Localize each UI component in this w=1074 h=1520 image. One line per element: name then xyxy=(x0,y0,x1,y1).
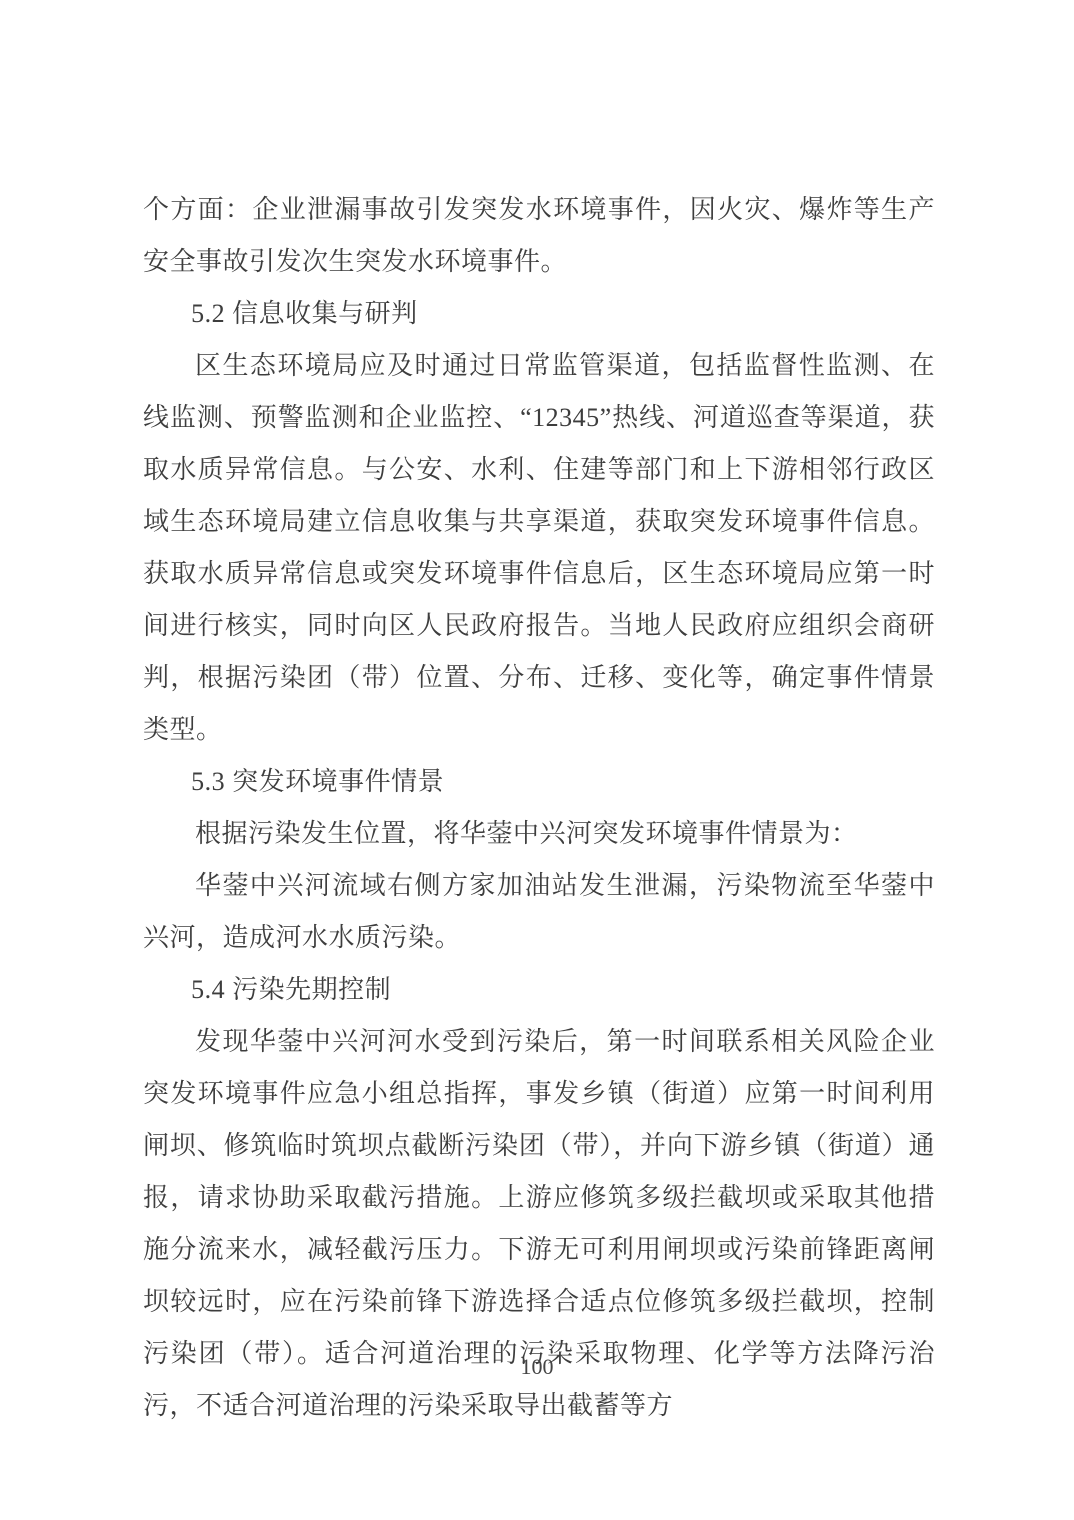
paragraph: 华蓥中兴河流域右侧方家加油站发生泄漏，污染物流至华蓥中兴河，造成河水水质污染。 xyxy=(143,860,935,964)
paragraph: 区生态环境局应及时通过日常监管渠道，包括监督性监测、在线监测、预警监测和企业监控… xyxy=(143,340,935,756)
section-heading: 5.3 突发环境事件情景 xyxy=(143,756,935,808)
document-body: 个方面：企业泄漏事故引发突发水环境事件，因火灾、爆炸等生产安全事故引发次生突发水… xyxy=(143,184,935,1432)
page-number: 100 xyxy=(0,1352,1074,1382)
section-heading: 5.4 污染先期控制 xyxy=(143,964,935,1016)
document-page: 个方面：企业泄漏事故引发突发水环境事件，因火灾、爆炸等生产安全事故引发次生突发水… xyxy=(0,0,1074,1520)
section-heading: 5.2 信息收集与研判 xyxy=(143,288,935,340)
paragraph: 个方面：企业泄漏事故引发突发水环境事件，因火灾、爆炸等生产安全事故引发次生突发水… xyxy=(143,184,935,288)
paragraph: 根据污染发生位置，将华蓥中兴河突发环境事件情景为： xyxy=(143,808,935,860)
